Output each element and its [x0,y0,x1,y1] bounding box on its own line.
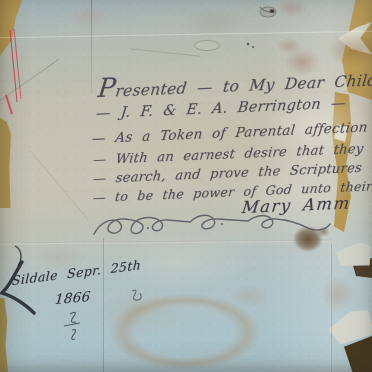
place-date: Sildale Sepr. 25th [12,257,142,288]
photo-of-inscription-page: Presented — to My Dear Children — J. F. … [0,0,372,372]
ink-blot [317,226,330,237]
year: 1866 [54,289,91,308]
inscription: Presented — to My Dear Children — J. F. … [0,0,372,372]
signature: Mary Amm [241,193,352,217]
